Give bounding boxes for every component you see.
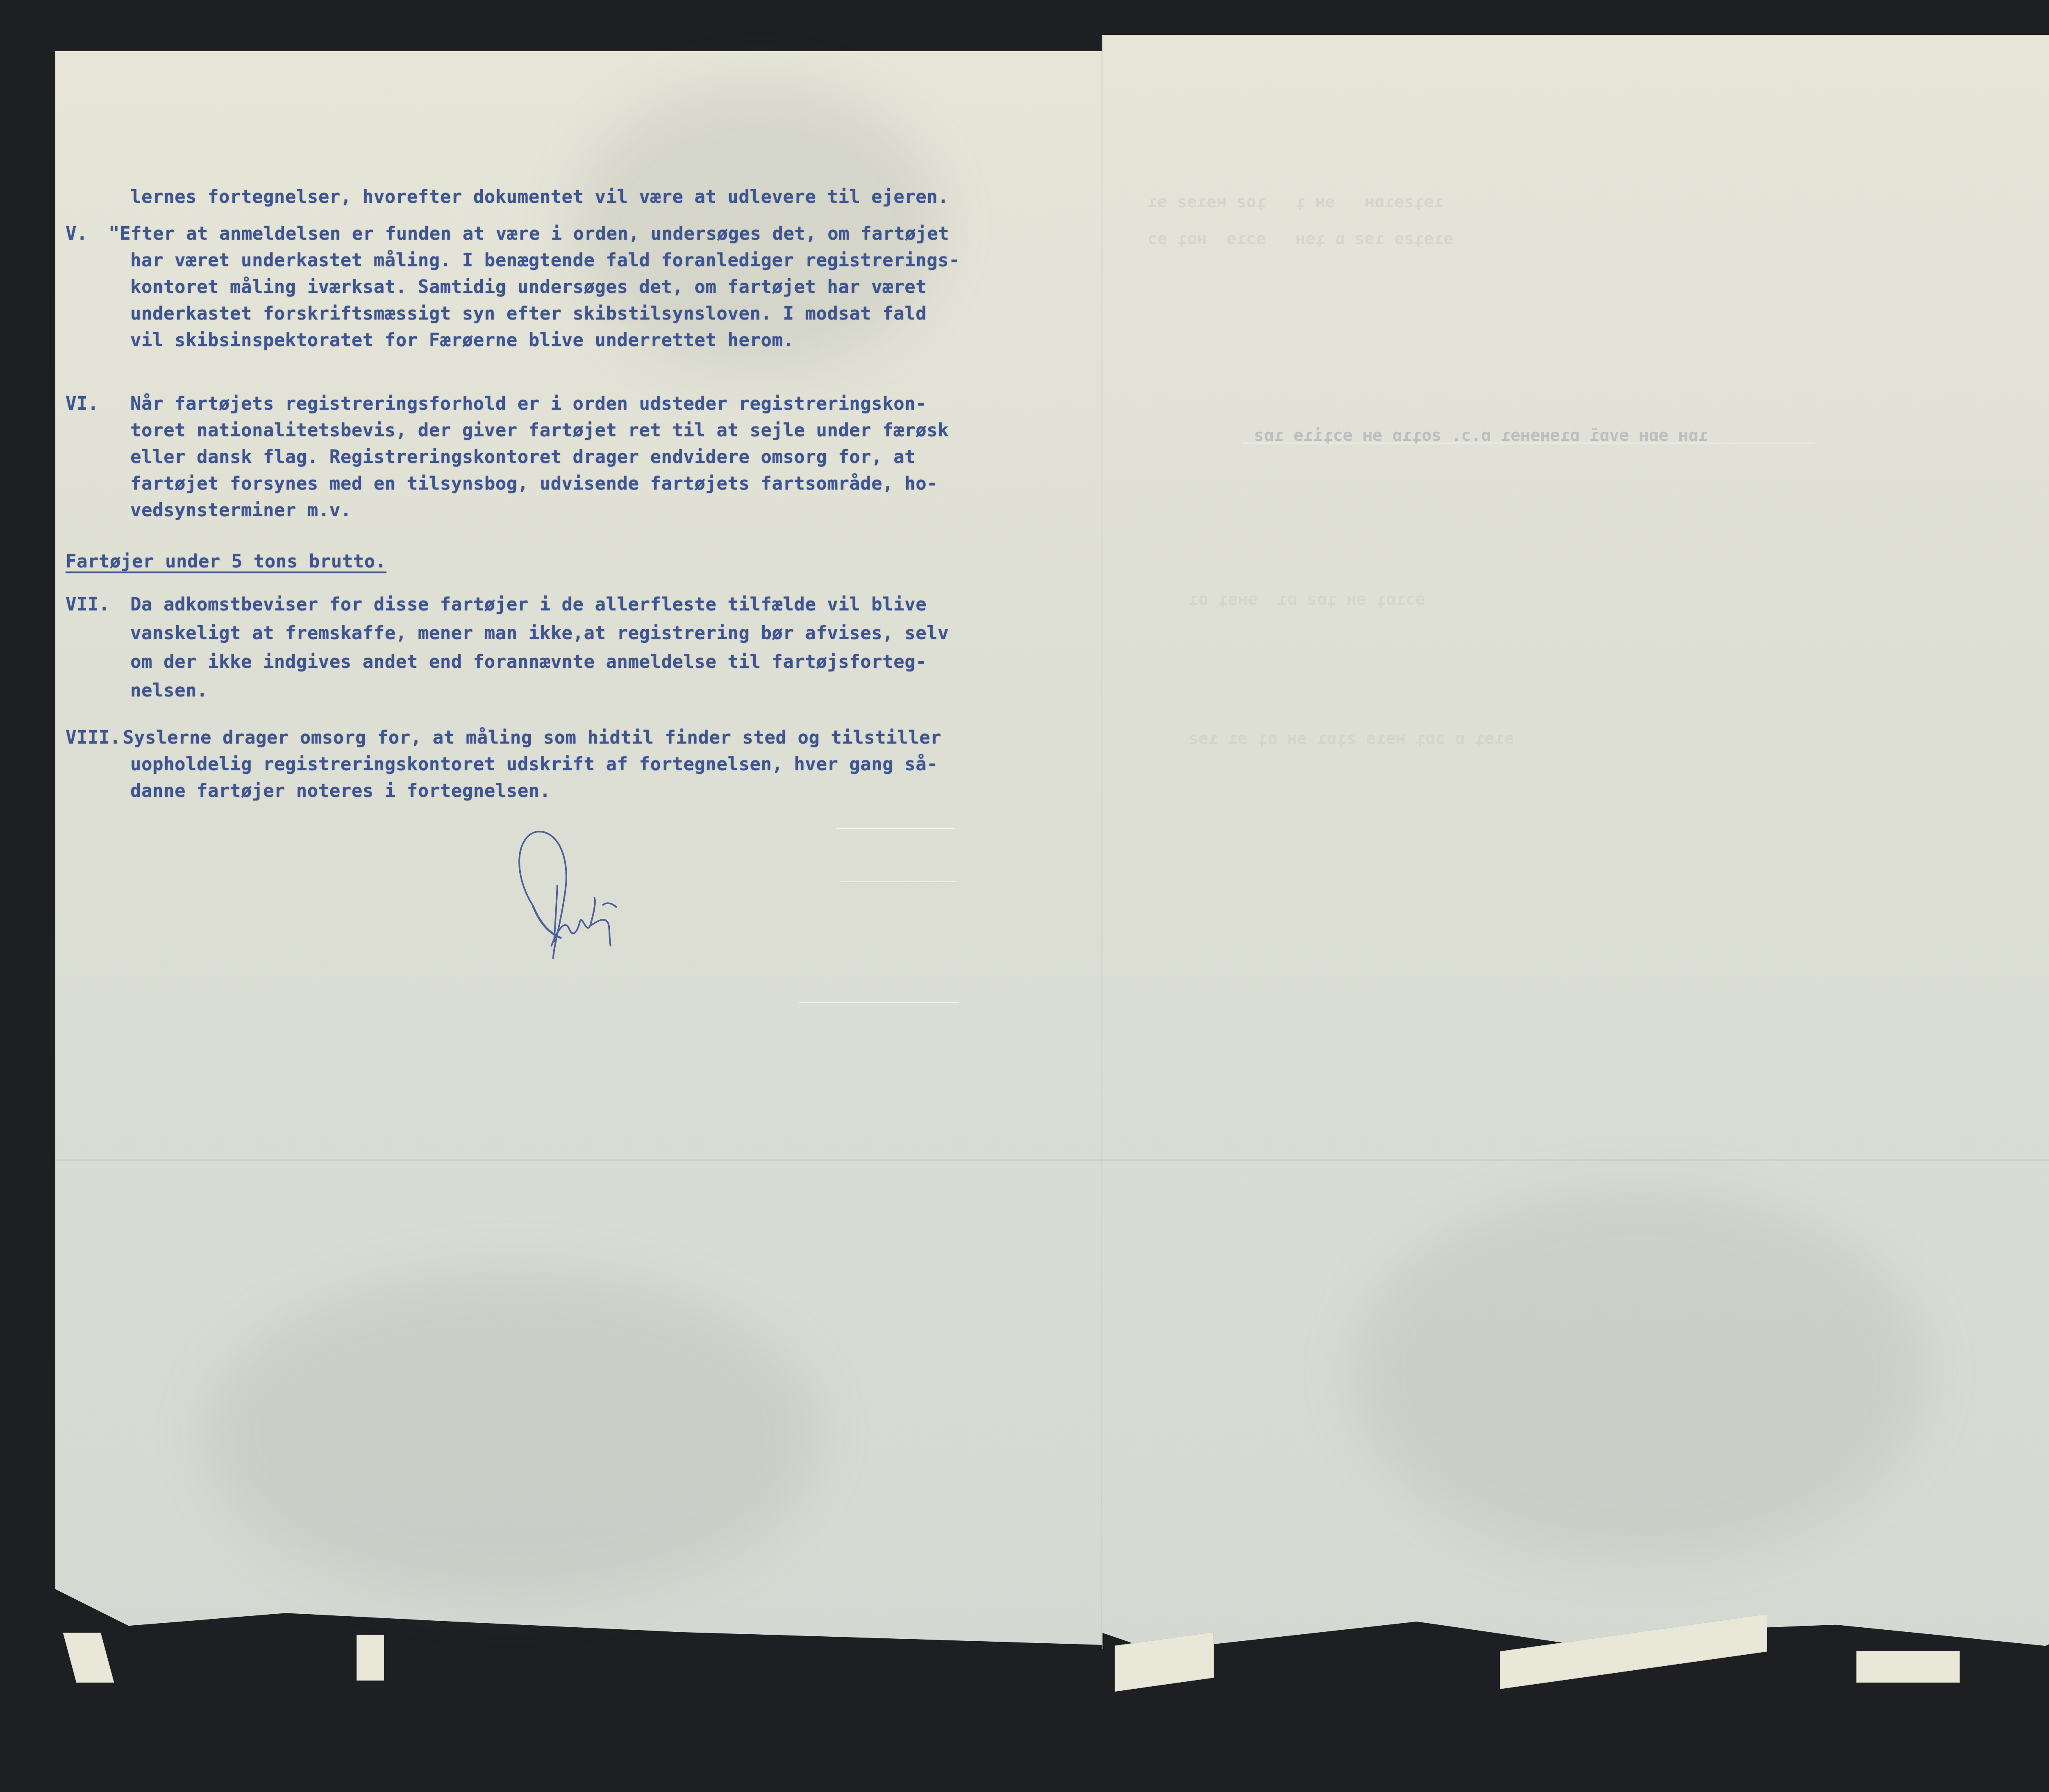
section-v-line: "Efter at anmeldelsen er funden at være … xyxy=(109,223,949,244)
handwritten-signature xyxy=(508,823,639,971)
show-through-text: ɘɔɿɒʇ ɘʜ ʇɒƨ ɒɿ ɘʜɘʇ ɒʇ xyxy=(1188,590,1425,609)
section-vi-line: Når fartøjets registreringsforhold er i … xyxy=(130,393,927,414)
tape-strip xyxy=(1856,1651,1960,1683)
section-vi-line: vedsynsterminer m.v. xyxy=(130,500,352,521)
section-v-line: har været underkastet måling. I benægten… xyxy=(130,250,960,271)
paper-stain xyxy=(1352,1188,1926,1557)
tape-strip xyxy=(357,1635,384,1681)
section-v-line: vil skibsinspektoratet for Færøerne bliv… xyxy=(130,330,794,351)
section-viii-line: uopholdelig registreringskontoret udskri… xyxy=(130,754,938,775)
embossed-line xyxy=(799,1002,959,1003)
tape-strip xyxy=(63,1633,114,1683)
section-vi-line: eller dansk flag. Registreringskontoret … xyxy=(130,447,915,467)
horizontal-fold xyxy=(55,1159,2049,1161)
show-through-text: ɿɘʇƨɘɿɒʜ ɘʜ ʇ ʇɒƨ ʜɘɿɘƨ ɘɿ xyxy=(1147,193,1443,211)
section-label-viii: VIII. xyxy=(66,727,121,748)
embossed-line xyxy=(840,881,955,882)
section-label-vi: VI. xyxy=(66,393,99,414)
section-heading: Fartøjer under 5 tons brutto. xyxy=(66,551,386,572)
section-viii-line: danne fartøjer noteres i fortegnelsen. xyxy=(130,780,551,801)
section-label-vii: VII. xyxy=(66,594,110,615)
section-v-line: underkastet forskriftsmæssigt syn efter … xyxy=(130,303,927,324)
section-vi-line: fartøjet forsynes med en tilsynsbog, udv… xyxy=(130,473,938,494)
section-vii-line: Da adkomstbeviser for disse fartøjer i d… xyxy=(130,594,927,615)
show-through-text: ɿɒʜ ɘɒʜ ɘvɒ̃ɿ ɒɿɘʜɘʜɘɿ ɒ.ɔ. ƨoʇɿɒ ɘʜ ɘɔʇ… xyxy=(1254,426,1708,445)
embossed-line xyxy=(836,828,955,829)
continuation-line: lernes fortegnelser, hvorefter dokumente… xyxy=(130,186,949,207)
section-label-v: V. xyxy=(66,223,88,244)
paper-stain xyxy=(205,1270,820,1598)
section-v-line: kontoret måling iværksat. Samtidig under… xyxy=(130,277,927,297)
section-vi-line: toret nationalitetsbevis, der giver fart… xyxy=(130,420,949,441)
center-fold xyxy=(1102,35,1103,1649)
section-vii-line: om der ikke indgives andet end forannævn… xyxy=(130,651,927,672)
section-vii-line: vanskeligt at fremskaffe, mener man ikke… xyxy=(130,623,949,644)
section-viii-line: Syslerne drager omsorg for, at måling so… xyxy=(123,727,941,748)
show-through-text: ɘɿɘʇƨɘ ɿɘƨ ɒ ʇɘʜ ɘɔɿɘ ʜɒʇ ɘɔ xyxy=(1147,229,1454,248)
show-through-text: ɘɿɘʇ ɒ ɔɒʇ ʜɘɿɘ ƨʇɒɿ ɘʜ ɒʇ ɘɿ ɿɘƨ xyxy=(1188,729,1514,748)
section-vii-line: nelsen. xyxy=(130,680,208,701)
